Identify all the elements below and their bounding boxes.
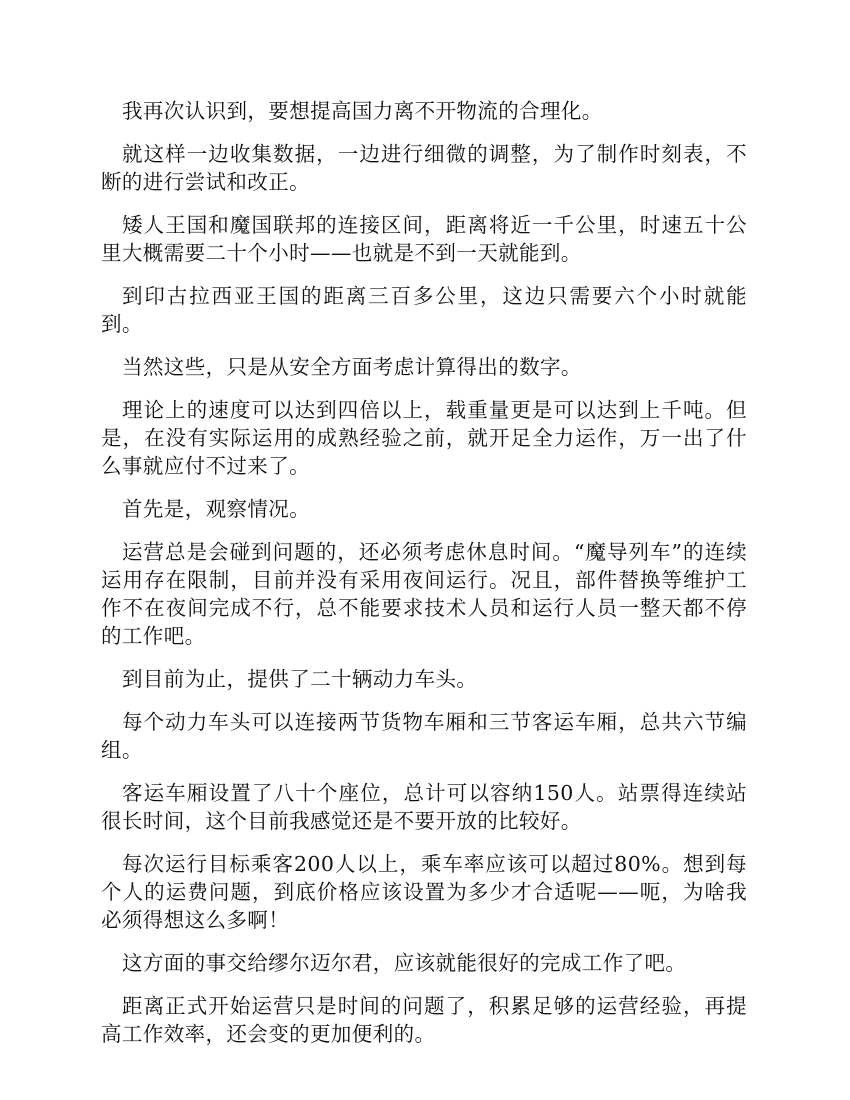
paragraph: 理论上的速度可以达到四倍以上，载重量更是可以达到上千吨。但是，在没有实际运用的成…: [101, 396, 747, 480]
paragraph: 客运车厢设置了八十个座位，总计可以容纳150人。站票得连续站很长时间，这个目前我…: [101, 779, 747, 835]
paragraph: 到印古拉西亚王国的距离三百多公里，这边只需要六个小时就能到。: [101, 282, 747, 338]
paragraph: 首先是，观察情况。: [101, 495, 747, 523]
paragraph: 矮人王国和魔国联邦的连接区间，距离将近一千公里，时速五十公里大概需要二十个小时—…: [101, 211, 747, 267]
paragraph: 我再次认识到，要想提高国力离不开物流的合理化。: [101, 97, 747, 125]
paragraph: 每个动力车头可以连接两节货物车厢和三节客运车厢，总共六节编组。: [101, 708, 747, 764]
paragraph: 到目前为止，提供了二十辆动力车头。: [101, 665, 747, 693]
paragraph: 每次运行目标乘客200人以上，乘车率应该可以超过80%。想到每个人的运费问题，到…: [101, 850, 747, 934]
paragraph: 运营总是会碰到问题的，还必须考虑休息时间。“魔导列车”的连续运用存在限制，目前并…: [101, 538, 747, 650]
paragraph: 就这样一边收集数据，一边进行细微的调整，为了制作时刻表，不断的进行尝试和改正。: [101, 140, 747, 196]
paragraph: 当然这些，只是从安全方面考虑计算得出的数字。: [101, 353, 747, 381]
paragraph: 这方面的事交给缪尔迈尔君，应该就能很好的完成工作了吧。: [101, 949, 747, 977]
paragraph: 距离正式开始运营只是时间的问题了，积累足够的运营经验，再提高工作效率，还会变的更…: [101, 992, 747, 1048]
document-page: 我再次认识到，要想提高国力离不开物流的合理化。 就这样一边收集数据，一边进行细微…: [101, 97, 747, 1063]
